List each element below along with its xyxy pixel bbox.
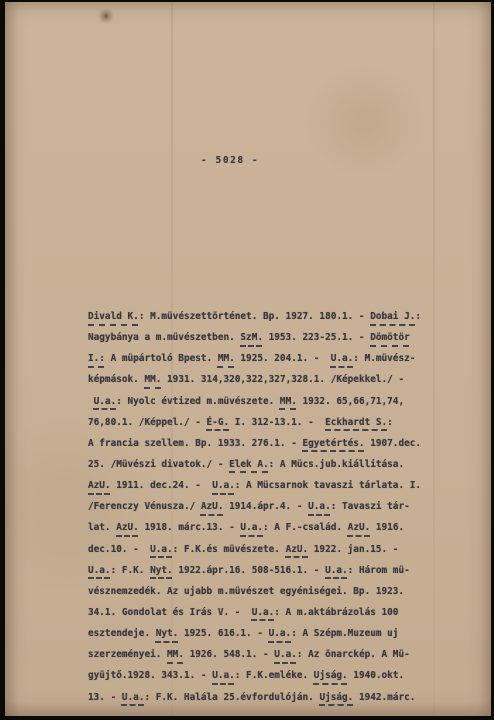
text-segment: : bbox=[415, 311, 421, 322]
text-segment: U.a. bbox=[212, 670, 235, 681]
text-segment: 1916. bbox=[370, 522, 404, 533]
text-segment: 1918. márc.13. - bbox=[139, 522, 241, 533]
text-segment: U.a. bbox=[122, 692, 145, 703]
text-segment: 1925. 616.1. - bbox=[178, 628, 268, 639]
text-segment: Nyt. bbox=[150, 565, 173, 576]
text-segment: I. 312-13.1. - bbox=[229, 417, 325, 428]
text-segment: A müpártoló Bpest. bbox=[105, 353, 218, 364]
text-segment: esztendeje. bbox=[88, 628, 156, 639]
text-segment: lat. bbox=[88, 522, 116, 533]
text-segment: 13. - bbox=[88, 692, 122, 703]
text-line: képmások. MM. 1931. 314,320,322,327,328.… bbox=[88, 369, 448, 390]
text-line: esztendeje. Nyt. 1925. 616.1. - U.a.: A … bbox=[88, 623, 448, 644]
text-segment: szerzeményei. bbox=[88, 649, 167, 660]
text-segment: 1932. 65,66,71,74, bbox=[297, 396, 404, 407]
scanned-page: - 5028 - Divald K.: M.müvészettörténet. … bbox=[0, 0, 494, 720]
text-segment: AzU. bbox=[286, 544, 309, 555]
text-line: Nagybánya a m.müvészetben. SzM. 1953. 22… bbox=[88, 327, 448, 348]
text-segment: 1940.okt. bbox=[348, 670, 404, 681]
text-segment: : A Mücsarnok tavaszi tárlata. I. bbox=[235, 480, 421, 491]
text-segment: 1914.ápr.4. - bbox=[223, 501, 308, 512]
text-segment: 25. /Müvészi divatok./ - bbox=[88, 459, 229, 470]
text-segment: : A F.-család. bbox=[263, 522, 348, 533]
text-segment: 1925. 204.1. - bbox=[235, 353, 331, 364]
text-segment: U.a. bbox=[240, 522, 263, 533]
text-segment: U.a. bbox=[308, 501, 331, 512]
text-line: lat. AzU. 1918. márc.13. - U.a.: A F.-cs… bbox=[88, 517, 448, 538]
text-segment: Dobai J. bbox=[370, 311, 415, 322]
text-line: gyüjtő.1928. 343.1. - U.a.: F.K.emléke. … bbox=[88, 665, 448, 686]
text-segment: 1931. 314,320,322,327,328.1. /Képekkel./… bbox=[161, 374, 404, 385]
text-line: szerzeményei. MM. 1926. 548.1. - U.a.: A… bbox=[88, 644, 448, 665]
text-segment: 1942.márc. bbox=[353, 692, 415, 703]
text-line: 34.1. Gondolat és Irás V. - U.a.: A m.ak… bbox=[88, 602, 448, 623]
text-segment: Ujság. bbox=[319, 692, 353, 703]
text-segment: /Ferenczy Vénusza./ bbox=[88, 501, 201, 512]
text-segment: : Nyolc évtized m.müvészete. bbox=[116, 396, 280, 407]
text-segment: : F.K.emléke. bbox=[235, 670, 314, 681]
text-segment: Egyetértés. bbox=[302, 438, 364, 449]
text-segment: : F.K.és müvészete. bbox=[173, 544, 286, 555]
text-segment: AzU. bbox=[88, 480, 111, 491]
typewritten-text-block: Divald K.: M.müvészettörténet. Bp. 1927.… bbox=[88, 306, 448, 708]
text-segment: : Az önarckép. A Mü- bbox=[297, 649, 410, 660]
text-segment: Nagybánya a m.müvészetben. bbox=[88, 332, 240, 343]
text-segment: : bbox=[387, 417, 393, 428]
text-segment: U.a. bbox=[150, 544, 173, 555]
text-segment: 76,80.1. /Képpel./ - bbox=[88, 417, 207, 428]
text-segment: U.a. bbox=[331, 353, 354, 364]
text-segment: vésznemzedék. Az ujabb m.müvészet egyéni… bbox=[88, 586, 404, 597]
page-number: - 5028 - bbox=[201, 155, 259, 166]
text-segment: : A Szépm.Muzeum uj bbox=[291, 628, 398, 639]
text-segment: U.a. bbox=[88, 565, 111, 576]
text-segment: Divald K. bbox=[88, 311, 139, 322]
text-segment: : A m.aktábrázolás 100 bbox=[274, 607, 398, 618]
text-segment: É-G. bbox=[207, 417, 230, 428]
text-segment: : F.K. bbox=[111, 565, 151, 576]
text-segment: Eckhardt S. bbox=[325, 417, 387, 428]
text-segment: U.a. bbox=[274, 649, 297, 660]
text-segment: MM. bbox=[280, 396, 297, 407]
text-segment: 1922.ápr.16. 508-516.1. - bbox=[173, 565, 325, 576]
text-line: Divald K.: M.müvészettörténet. Bp. 1927.… bbox=[88, 306, 448, 327]
text-segment: : F.K. Halála 25.évfordulóján. bbox=[144, 692, 319, 703]
text-segment: U.a. bbox=[94, 396, 117, 407]
text-line: AzU. 1911. dec.24. - U.a.: A Mücsarnok t… bbox=[88, 475, 448, 496]
text-segment: 1911. dec.24. - bbox=[111, 480, 213, 491]
text-segment: 1926. 548.1. - bbox=[184, 649, 274, 660]
text-segment: A francia szellem. Bp. 1933. 276.1. - bbox=[88, 438, 302, 449]
text-segment: SzM. bbox=[240, 332, 263, 343]
text-segment: 1953. 223-25.1. - bbox=[263, 332, 370, 343]
text-segment: dec.10. - bbox=[88, 544, 150, 555]
text-line: 13. - U.a.: F.K. Halála 25.évfordulóján.… bbox=[88, 687, 448, 708]
text-segment: U.a. bbox=[269, 628, 292, 639]
text-segment: 34.1. Gondolat és Irás V. - bbox=[88, 607, 252, 618]
text-line: I.: A müpártoló Bpest. MM. 1925. 204.1. … bbox=[88, 348, 448, 369]
text-segment: U.a. bbox=[212, 480, 235, 491]
text-segment: : A Mücs.jub.kiállitása. bbox=[269, 459, 404, 470]
text-segment: 1922. jan.15. - bbox=[308, 544, 398, 555]
text-segment: : Tavaszi tár- bbox=[331, 501, 410, 512]
text-line: vésznemzedék. Az ujabb m.müvészet egyéni… bbox=[88, 581, 448, 602]
text-segment: : Három mü- bbox=[348, 565, 410, 576]
text-segment: Nyt. bbox=[156, 628, 179, 639]
text-segment: : M.müvész- bbox=[353, 353, 415, 364]
text-segment: gyüjtő.1928. 343.1. - bbox=[88, 670, 212, 681]
text-segment: U.a. bbox=[325, 565, 348, 576]
text-segment: I.: bbox=[88, 353, 105, 364]
text-line: U.a.: F.K. Nyt. 1922.ápr.16. 508-516.1. … bbox=[88, 560, 448, 581]
text-line: /Ferenczy Vénusza./ AzU. 1914.ápr.4. - U… bbox=[88, 496, 448, 517]
text-line: A francia szellem. Bp. 1933. 276.1. - Eg… bbox=[88, 433, 448, 454]
text-segment: MM. bbox=[218, 353, 235, 364]
text-segment: Ujság. bbox=[314, 670, 348, 681]
text-segment: AzU. bbox=[348, 522, 371, 533]
text-segment: AzU. bbox=[201, 501, 224, 512]
text-line: 25. /Müvészi divatok./ - Elek A.: A Mücs… bbox=[88, 454, 448, 475]
text-line: 76,80.1. /Képpel./ - É-G. I. 312-13.1. -… bbox=[88, 412, 448, 433]
text-segment: MM. bbox=[144, 374, 161, 385]
text-line: U.a.: Nyolc évtized m.müvészete. MM. 193… bbox=[88, 391, 448, 412]
text-segment: Elek A. bbox=[229, 459, 269, 470]
text-segment: 1907.dec. bbox=[365, 438, 421, 449]
text-segment: Dömötör bbox=[370, 332, 410, 343]
text-line: dec.10. - U.a.: F.K.és müvészete. AzU. 1… bbox=[88, 539, 448, 560]
text-segment: : M.müvészettörténet. Bp. 1927. 180.1. - bbox=[139, 311, 370, 322]
text-segment: AzU. bbox=[116, 522, 139, 533]
text-segment: U.a. bbox=[252, 607, 275, 618]
text-segment: MM. bbox=[167, 649, 184, 660]
paper-background: - 5028 - Divald K.: M.müvészettörténet. … bbox=[5, 2, 491, 716]
text-segment: képmások. bbox=[88, 374, 144, 385]
